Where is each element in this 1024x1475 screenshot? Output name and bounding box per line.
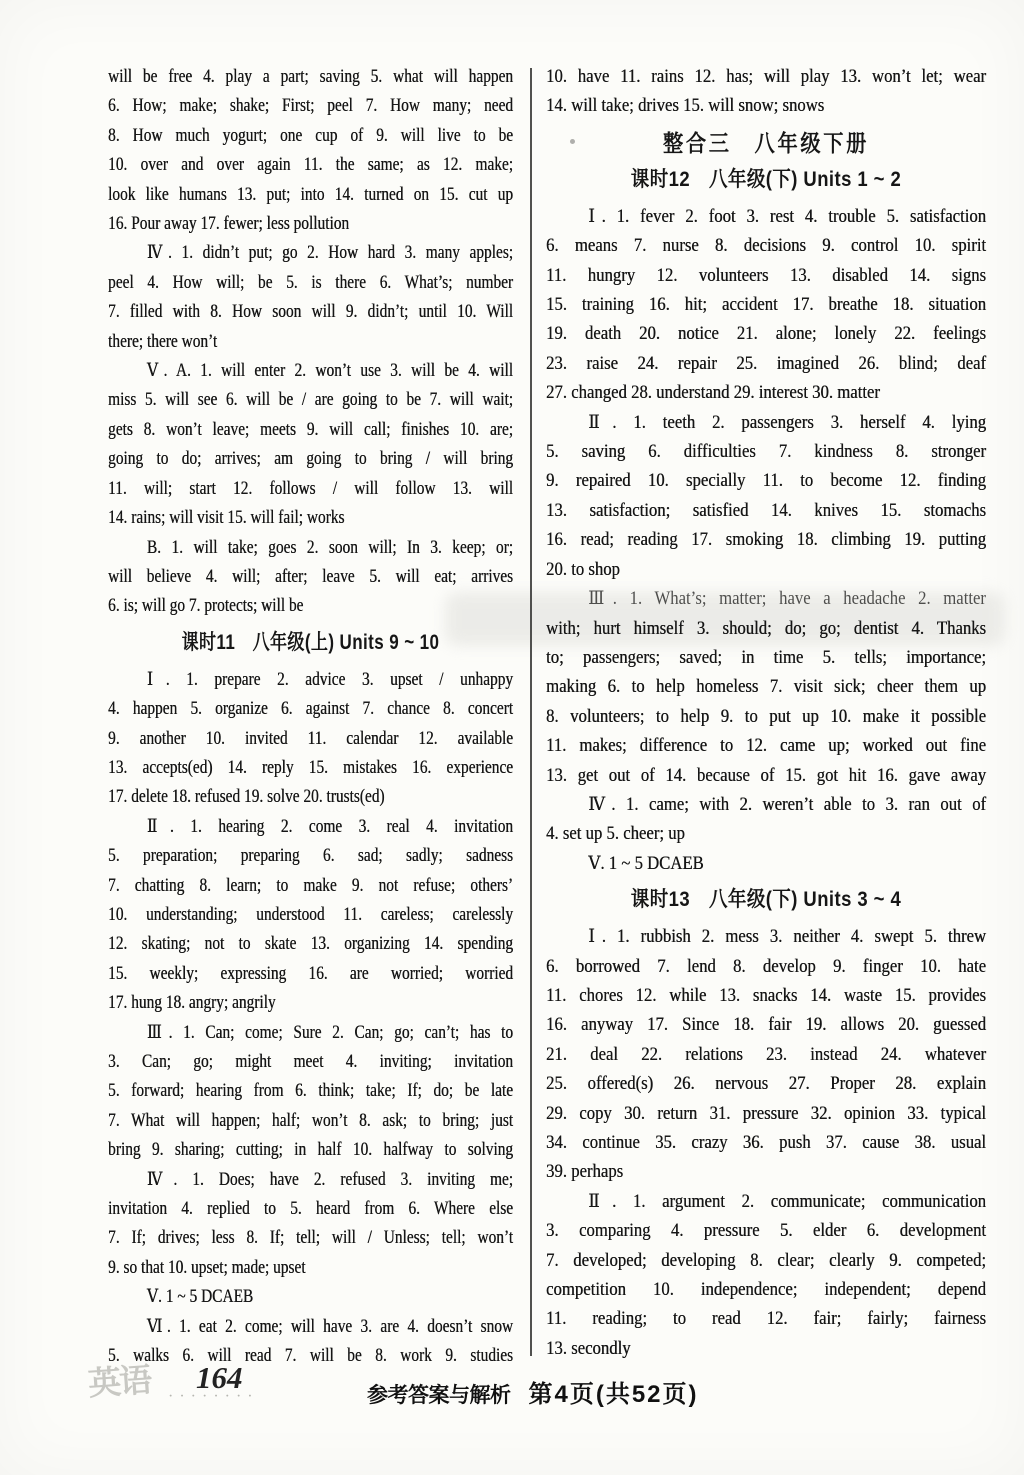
answer-line: 8. volunteers; to help 9. to put up 10. …	[546, 702, 986, 731]
book-page-number: 164	[196, 1360, 243, 1396]
answer-line: competition 10. independence; independen…	[546, 1275, 986, 1304]
section-heading: 课时12 八年级(下) Units 1 ~ 2	[546, 165, 986, 195]
answer-line: peel 4. How will; be 5. is there 6. What…	[108, 268, 513, 297]
answer-line: 11. hungry 12. volunteers 13. disabled 1…	[546, 261, 986, 290]
section-heading: 课时13 八年级(下) Units 3 ~ 4	[546, 885, 986, 915]
answer-line: miss 5. will see 6. will be / are going …	[108, 385, 513, 414]
answer-line: Ⅱ. 1. teeth 2. passengers 3. herself 4. …	[546, 408, 986, 437]
answer-line: 6. is; will go 7. protects; will be	[108, 591, 513, 620]
answer-line: 11. will; start 12. follows / will follo…	[108, 474, 513, 503]
answer-line: 9. another 10. invited 11. calendar 12. …	[108, 724, 513, 753]
answer-line: with; hurt himself 3. should; do; go; de…	[546, 614, 986, 643]
answer-line: to; passengers; saved; in time 5. tells;…	[546, 643, 986, 672]
answer-line: Ⅳ. 1. came; with 2. weren’t able to 3. r…	[546, 790, 986, 819]
answer-line: 7. What will happen; half; won’t 8. ask;…	[108, 1106, 513, 1135]
answer-line: there; there won’t	[108, 327, 513, 356]
answer-line: 10. over and over again 11. the same; as…	[108, 150, 513, 179]
answer-line: bring 9. sharing; cutting; in half 10. h…	[108, 1135, 513, 1164]
answer-line: 16. Pour away 17. fewer; less pollution	[108, 209, 513, 238]
answer-line: Ⅰ. 1. fever 2. foot 3. rest 4. trouble 5…	[546, 202, 986, 231]
answer-line: 5. forward; hearing from 6. think; take;…	[108, 1076, 513, 1105]
left-column: will be free 4. play a part; saving 5. w…	[108, 62, 513, 1370]
answer-line: 7. developed; developing 8. clear; clear…	[546, 1246, 986, 1275]
answer-line: Ⅵ. 1. eat 2. come; will have 3. are 4. d…	[108, 1312, 513, 1341]
answer-line: 7. chatting 8. learn; to make 9. not ref…	[108, 871, 513, 900]
answer-line: making 6. to help homeless 7. visit sick…	[546, 672, 986, 701]
right-column: 10. have 11. rains 12. has; will play 13…	[546, 62, 986, 1363]
answer-line: 3. comparing 4. pressure 5. elder 6. dev…	[546, 1216, 986, 1245]
answer-line: Ⅲ. 1. Can; come; Sure 2. Can; go; can’t;…	[108, 1018, 513, 1047]
answer-line: 10. have 11. rains 12. has; will play 13…	[546, 62, 986, 91]
answer-line: 20. to shop	[546, 555, 986, 584]
answer-line: 39. perhaps	[546, 1157, 986, 1186]
answer-line: Ⅱ. 1. argument 2. communicate; communica…	[546, 1187, 986, 1216]
answer-line: invitation 4. replied to 5. heard from 6…	[108, 1194, 513, 1223]
answer-line: Ⅴ. 1 ~ 5 DCAEB	[546, 849, 986, 878]
answer-line: 8. How much yogurt; one cup of 9. will l…	[108, 121, 513, 150]
answer-line: B. 1. will take; goes 2. soon will; In 3…	[108, 533, 513, 562]
answer-line: 3. Can; go; might meet 4. inviting; invi…	[108, 1047, 513, 1076]
answer-line: 29. copy 30. return 31. pressure 32. opi…	[546, 1099, 986, 1128]
answer-line: 9. repaired 10. specially 11. to become …	[546, 466, 986, 495]
answer-line: Ⅳ. 1. Does; have 2. refused 3. inviting …	[108, 1165, 513, 1194]
answer-line: 4. set up 5. cheer; up	[546, 819, 986, 848]
answer-line: 21. deal 22. relations 23. instead 24. w…	[546, 1040, 986, 1069]
answer-line: 6. borrowed 7. lend 8. develop 9. finger…	[546, 952, 986, 981]
answer-line: 7. filled with 8. How soon will 9. didn’…	[108, 297, 513, 326]
answer-line: Ⅲ. 1. What’s; matter; have a headache 2.…	[546, 584, 986, 613]
answer-line: gets 8. won’t leave; meets 9. will call;…	[108, 415, 513, 444]
answer-line: 10. understanding; understood 11. carele…	[108, 900, 513, 929]
answer-line: 17. delete 18. refused 19. solve 20. tru…	[108, 782, 513, 811]
answer-line: 13. accepts(ed) 14. reply 15. mistakes 1…	[108, 753, 513, 782]
answer-line: 15. weekly; expressing 16. are worried; …	[108, 959, 513, 988]
answer-line: 19. death 20. notice 21. alone; lonely 2…	[546, 319, 986, 348]
answer-line: 16. read; reading 17. smoking 18. climbi…	[546, 525, 986, 554]
answer-line: 34. continue 35. crazy 36. push 37. caus…	[546, 1128, 986, 1157]
answer-line: Ⅴ. A. 1. will enter 2. won’t use 3. will…	[108, 356, 513, 385]
answer-line: 5. walks 6. will read 7. will be 8. work…	[108, 1341, 513, 1370]
answer-line: Ⅰ. 1. prepare 2. advice 3. upset / unhap…	[108, 665, 513, 694]
column-divider-line	[530, 68, 532, 1356]
answer-line: 9. so that 10. upset; made; upset	[108, 1253, 513, 1282]
answer-line: 23. raise 24. repair 25. imagined 26. bl…	[546, 349, 986, 378]
section-heading: 课时11 八年级(上) Units 9 ~ 10	[108, 628, 513, 658]
answer-line: 5. preparation; preparing 6. sad; sadly;…	[108, 841, 513, 870]
answer-line: Ⅱ. 1. hearing 2. come 3. real 4. invitat…	[108, 812, 513, 841]
answer-line: 11. makes; difference to 12. came up; wo…	[546, 731, 986, 760]
answer-line: look like humans 13. put; into 14. turne…	[108, 180, 513, 209]
answer-line: 6. means 7. nurse 8. decisions 9. contro…	[546, 231, 986, 260]
answer-line: 11. reading; to read 12. fair; fairly; f…	[546, 1304, 986, 1333]
answer-line: Ⅰ. 1. rubbish 2. mess 3. neither 4. swep…	[546, 922, 986, 951]
answer-line: 7. If; drives; less 8. If; tell; will / …	[108, 1223, 513, 1252]
answer-line: 15. training 16. hit; accident 17. breat…	[546, 290, 986, 319]
answer-line: 17. hung 18. angry; angrily	[108, 988, 513, 1017]
answer-line: 13. get out of 14. because of 15. got hi…	[546, 761, 986, 790]
answer-line: Ⅳ. 1. didn’t put; go 2. How hard 3. many…	[108, 238, 513, 267]
answer-line: 4. happen 5. organize 6. against 7. chan…	[108, 694, 513, 723]
answer-line: 6. How; make; shake; First; peel 7. How …	[108, 91, 513, 120]
answer-line: 16. anyway 17. Since 18. fair 19. allows…	[546, 1010, 986, 1039]
answer-line: 13. satisfaction; satisfied 14. knives 1…	[546, 496, 986, 525]
section-heading: 整合三 八年级下册	[546, 128, 986, 158]
answer-line: 14. will take; drives 15. will snow; sno…	[546, 91, 986, 120]
scanned-answer-page: will be free 4. play a part; saving 5. w…	[0, 0, 1024, 1475]
answers-title-label: 参考答案与解析	[367, 1379, 511, 1409]
answer-line: Ⅴ. 1 ~ 5 DCAEB	[108, 1282, 513, 1311]
answer-line: 27. changed 28. understand 29. interest …	[546, 378, 986, 407]
answer-line: going to do; arrives; am going to bring …	[108, 444, 513, 473]
answer-line: 5. saving 6. difficulties 7. kindness 8.…	[546, 437, 986, 466]
answer-line: 13. secondly	[546, 1334, 986, 1363]
answer-line: will believe 4. will; after; leave 5. wi…	[108, 562, 513, 591]
answer-line: 12. skating; not to skate 13. organizing…	[108, 929, 513, 958]
answer-line: 11. chores 12. while 13. snacks 14. wast…	[546, 981, 986, 1010]
page-indicator-label: 第4页(共52页)	[529, 1374, 699, 1409]
footer-caption: 参考答案与解析 第4页(共52页)	[367, 1374, 699, 1409]
answer-line: will be free 4. play a part; saving 5. w…	[108, 62, 513, 91]
answer-line: 14. rains; will visit 15. will fail; wor…	[108, 503, 513, 532]
answer-line: 25. offered(s) 26. nervous 27. Proper 28…	[546, 1069, 986, 1098]
